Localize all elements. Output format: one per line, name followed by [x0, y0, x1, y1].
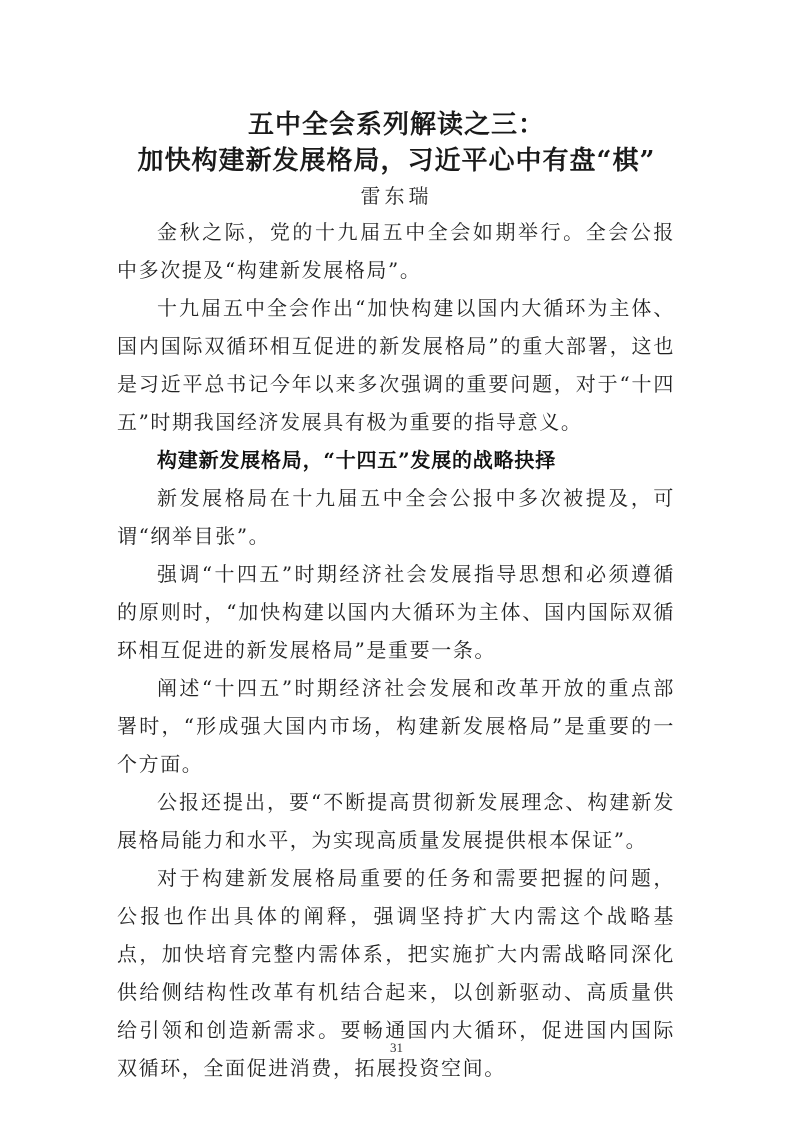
page-number: 31: [0, 1040, 793, 1056]
paragraph: 十九届五中全会作出“加快构建以国内大循环为主体、国内国际双循环相互促进的新发展格…: [117, 289, 675, 441]
article-title-line-2: 加快构建新发展格局，习近平心中有盘“棋”: [0, 140, 793, 177]
paragraph: 新发展格局在十九届五中全会公报中多次被提及，可谓“纲举目张”。: [117, 479, 675, 555]
article-author: 雷东瑞: [0, 180, 793, 209]
paragraph: 阐述“十四五”时期经济社会发展和改革开放的重点部署时，“形成强大国内市场，构建新…: [117, 669, 675, 783]
article-body: 金秋之际，党的十九届五中全会如期举行。全会公报中多次提及“构建新发展格局”。 十…: [117, 213, 675, 1087]
paragraph: 强调“十四五”时期经济社会发展指导思想和必须遵循的原则时，“加快构建以国内大循环…: [117, 555, 675, 669]
paragraph: 公报还提出，要“不断提高贯彻新发展理念、构建新发展格局能力和水平，为实现高质量发…: [117, 783, 675, 859]
article-title-line-1: 五中全会系列解读之三：: [0, 104, 793, 141]
section-heading: 构建新发展格局，“十四五”发展的战略抉择: [117, 441, 675, 479]
paragraph: 金秋之际，党的十九届五中全会如期举行。全会公报中多次提及“构建新发展格局”。: [117, 213, 675, 289]
document-page: 五中全会系列解读之三： 加快构建新发展格局，习近平心中有盘“棋” 雷东瑞 金秋之…: [0, 0, 793, 1122]
